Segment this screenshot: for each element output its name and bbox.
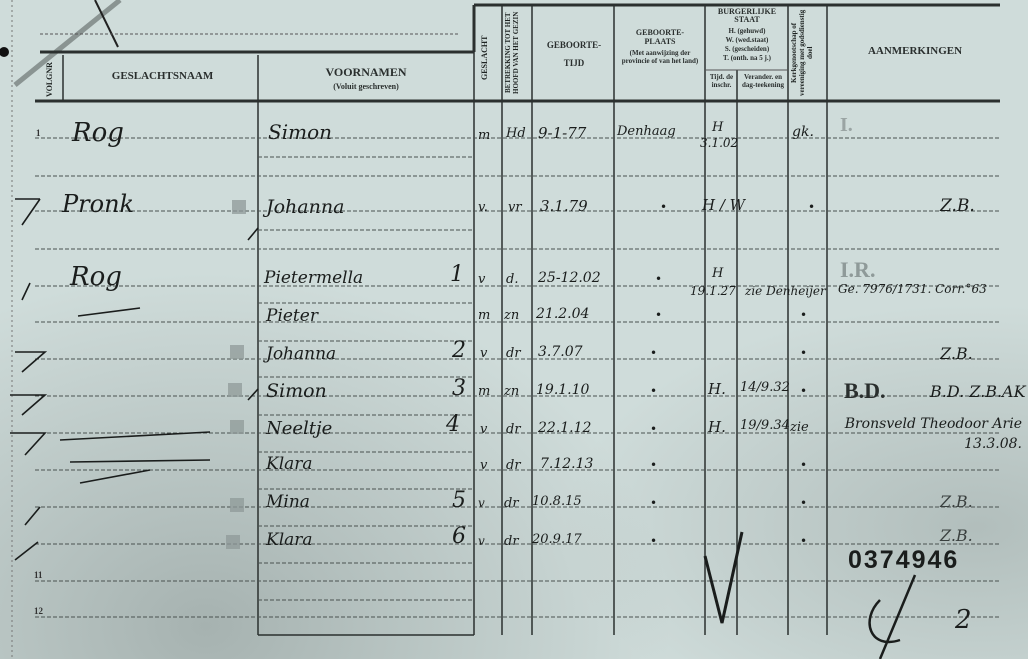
first-name: Mina <box>266 492 310 512</box>
header-staat-s: S. (gescheiden) <box>706 45 788 53</box>
bottom-mark: 2 <box>955 605 972 635</box>
header-staat-w: W. (wed.staat) <box>706 36 788 44</box>
civil-status: H <box>712 266 723 281</box>
sex: v <box>478 496 485 510</box>
surname: Rog <box>72 118 124 148</box>
civil-status: H. <box>708 418 726 436</box>
birth-place: • <box>660 200 667 214</box>
header-geboortetijd-1: GEBOORTE- <box>534 40 614 50</box>
first-name: Pietermella <box>264 268 363 288</box>
relation: dr <box>504 534 519 549</box>
header-geslacht: GESLACHT <box>480 20 494 95</box>
registration-date: 19.1.27 <box>690 284 736 298</box>
first-name: Johanna <box>266 344 336 364</box>
header-burgerlijke-staat-title: BURGERLIJKE STAAT <box>706 8 788 24</box>
ir-stamp: I.R. <box>840 257 875 283</box>
marker-square <box>232 200 246 214</box>
birth-place: • <box>650 458 657 472</box>
child-number: 1 <box>450 262 464 287</box>
serial-number-stamp: 0374946 <box>848 546 959 575</box>
change-note: zie <box>790 420 809 435</box>
relation: Hd <box>506 126 526 141</box>
birth-date: 3.7.07 <box>538 344 583 360</box>
family-registration-card: VOLGNR GESLACHTSNAAM VOORNAMEN (Voluit g… <box>0 0 1028 659</box>
birth-date: 10.8.15 <box>532 494 582 509</box>
header-geboorteplaats-sub: (Met aanwijzing der provincie of van het… <box>618 49 702 65</box>
civil-status: H <box>712 120 723 135</box>
birth-date: 20.9.17 <box>532 532 582 547</box>
birth-place: • <box>650 384 657 398</box>
religion: • <box>800 308 807 322</box>
relation: dr <box>504 496 519 511</box>
child-number: 5 <box>452 488 466 513</box>
sex: v <box>478 534 485 548</box>
header-geboorteplaats-2: PLAATS <box>616 37 704 46</box>
remark: Z.B. <box>940 526 973 545</box>
birth-place: • <box>650 346 657 360</box>
birth-place: • <box>650 496 657 510</box>
first-name: Simon <box>268 120 332 144</box>
civil-status: H. <box>708 380 726 398</box>
religion: • <box>800 534 807 548</box>
sex: m <box>478 128 490 143</box>
marker-square <box>230 420 244 434</box>
child-number: 2 <box>452 338 466 363</box>
first-name: Pieter <box>266 306 318 326</box>
sex: m <box>478 384 490 399</box>
birth-place: • <box>650 422 657 436</box>
row-number: 1 <box>36 128 41 138</box>
birth-date: 9-1-77 <box>538 124 586 142</box>
first-name: Klara <box>266 454 313 474</box>
header-staat-t: T. (onth. na 5 j.) <box>706 54 788 62</box>
relation: d. <box>506 272 518 287</box>
header-tijd-inschr: Tijd. de inschr. <box>706 73 737 89</box>
header-betrekking: BETREKKING TOT HET HOOFD VAN HET GEZIN <box>504 8 530 98</box>
first-name: Johanna <box>266 196 344 218</box>
surname: Pronk <box>62 190 134 218</box>
header-kerkgenootschap: Kerkgenootschap of vereeniging met godsd… <box>790 8 826 98</box>
birth-place: • <box>655 308 662 322</box>
child-number: 3 <box>452 376 466 401</box>
birth-place: • <box>655 272 662 286</box>
header-verander: Verander. en dag-teekening <box>738 73 788 89</box>
header-volgnr: VOLGNR <box>45 62 57 98</box>
child-number: 6 <box>452 524 466 549</box>
birth-place: Denhaag <box>617 124 676 139</box>
header-voornamen-sub: (Voluit geschreven) <box>260 82 472 91</box>
birth-date: 21.2.04 <box>536 306 589 322</box>
religion: gk. <box>792 124 814 140</box>
sex: v <box>480 346 487 361</box>
remark: Ge. 7976/1731. Corr.°63 <box>838 282 987 296</box>
relation: zn <box>504 384 519 399</box>
religion: • <box>800 346 807 360</box>
header-staat-h: H. (gehuwd) <box>706 27 788 35</box>
change-date: 14/9.32 <box>740 380 790 395</box>
sex: v. <box>478 200 488 215</box>
sex: v <box>478 272 485 287</box>
sex: v <box>480 458 487 473</box>
registration-date: 3.1.02 <box>700 136 738 150</box>
birth-date: 7.12.13 <box>540 456 593 472</box>
remark: Z.B. <box>940 196 975 216</box>
relation: dr <box>506 422 521 437</box>
header-aanmerkingen: AANMERKINGEN <box>830 45 1000 57</box>
relation: dr <box>506 346 521 361</box>
sex: m <box>478 308 490 323</box>
marker-square <box>226 535 240 549</box>
relation: dr <box>506 458 521 473</box>
relation: zn <box>504 308 519 323</box>
relation: vr <box>508 200 522 215</box>
civil-status: H / W <box>702 196 745 214</box>
header-voornamen: VOORNAMEN <box>260 65 472 80</box>
row-number: 11 <box>34 570 43 580</box>
birth-date: 19.1.10 <box>536 382 589 398</box>
first-name: Simon <box>266 380 327 402</box>
marker-square <box>230 498 244 512</box>
marker-square <box>228 383 242 397</box>
birth-date: 22.1.12 <box>538 420 591 436</box>
change-note: zie Denheijer <box>745 284 826 298</box>
religion: • <box>800 384 807 398</box>
surname: Rog <box>70 262 122 292</box>
birth-date: 3.1.79 <box>540 197 588 215</box>
marker-square <box>230 345 244 359</box>
change-date: 19/9.34 <box>740 418 790 433</box>
first-name: Klara <box>266 530 313 550</box>
religion: • <box>808 200 815 214</box>
header-geslachtsnaam: GESLACHTSNAAM <box>70 70 255 82</box>
remark: I. <box>840 114 853 137</box>
birth-date: 25-12.02 <box>538 270 601 286</box>
bd-stamp: B.D. <box>844 378 886 404</box>
header-geboortetijd-2: TIJD <box>534 58 614 68</box>
remark: Bronsveld Theodoor Arie 13.3.08. <box>832 414 1022 454</box>
remark: B.D. Z.B.AK <box>930 382 1026 401</box>
remark: Z.B. <box>940 344 973 363</box>
child-number: 4 <box>446 412 460 437</box>
religion: • <box>800 458 807 472</box>
sex: v <box>480 422 487 437</box>
first-name: Neeltje <box>266 418 332 439</box>
religion: • <box>800 496 807 510</box>
birth-place: • <box>650 534 657 548</box>
header-geboorteplaats-1: GEBOORTE- <box>616 28 704 37</box>
row-number: 12 <box>34 606 43 616</box>
remark: Z.B. <box>940 492 973 511</box>
